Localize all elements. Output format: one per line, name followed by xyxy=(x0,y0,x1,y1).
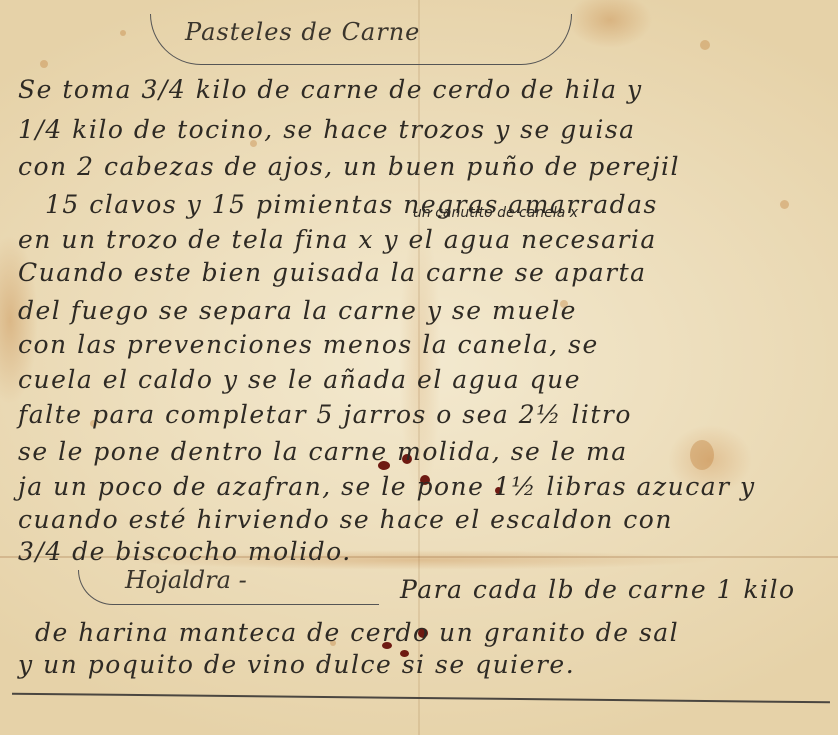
stain xyxy=(40,60,48,68)
recipe-page: Pasteles de Carne Se toma 3/4 kilo de ca… xyxy=(0,0,838,735)
recipe-line: Cuando este bien guisada la carne se apa… xyxy=(18,258,647,287)
stain xyxy=(700,40,710,50)
recipe-line: con 2 cabezas de ajos, un buen puño de p… xyxy=(18,152,680,181)
end-rule xyxy=(12,693,830,703)
recipe-line: Para cada lb de carne 1 kilo xyxy=(400,575,796,604)
insertion-note: un canutito de canela x xyxy=(413,205,578,221)
subtitle: Hojaldra - xyxy=(125,566,247,594)
stain xyxy=(120,30,126,36)
recipe-line: 3/4 de biscocho molido. xyxy=(18,537,352,566)
recipe-line: se le pone dentro la carne molida, se le… xyxy=(18,437,628,466)
recipe-title: Pasteles de Carne xyxy=(185,18,420,46)
recipe-line: cuando esté hirviendo se hace el escaldo… xyxy=(18,505,673,534)
recipe-line: falte para completar 5 jarros o sea 2½ l… xyxy=(18,400,632,429)
recipe-line: de harina manteca de cerdo un granito de… xyxy=(35,618,679,647)
stain xyxy=(780,200,789,209)
recipe-line: ja un poco de azafran, se le pone 1½ lib… xyxy=(18,472,756,501)
recipe-line: cuela el caldo y se le añada el agua que xyxy=(18,365,581,394)
recipe-line: 1/4 kilo de tocino, se hace trozos y se … xyxy=(18,115,636,144)
recipe-line: y un poquito de vino dulce si se quiere. xyxy=(18,650,575,679)
stain xyxy=(690,440,714,470)
recipe-line: del fuego se separa la carne y se muele xyxy=(18,296,577,325)
recipe-line: con las prevenciones menos la canela, se xyxy=(18,330,599,359)
recipe-line: en un trozo de tela fina x y el agua nec… xyxy=(18,225,657,254)
recipe-line: Se toma 3/4 kilo de carne de cerdo de hi… xyxy=(18,75,643,104)
